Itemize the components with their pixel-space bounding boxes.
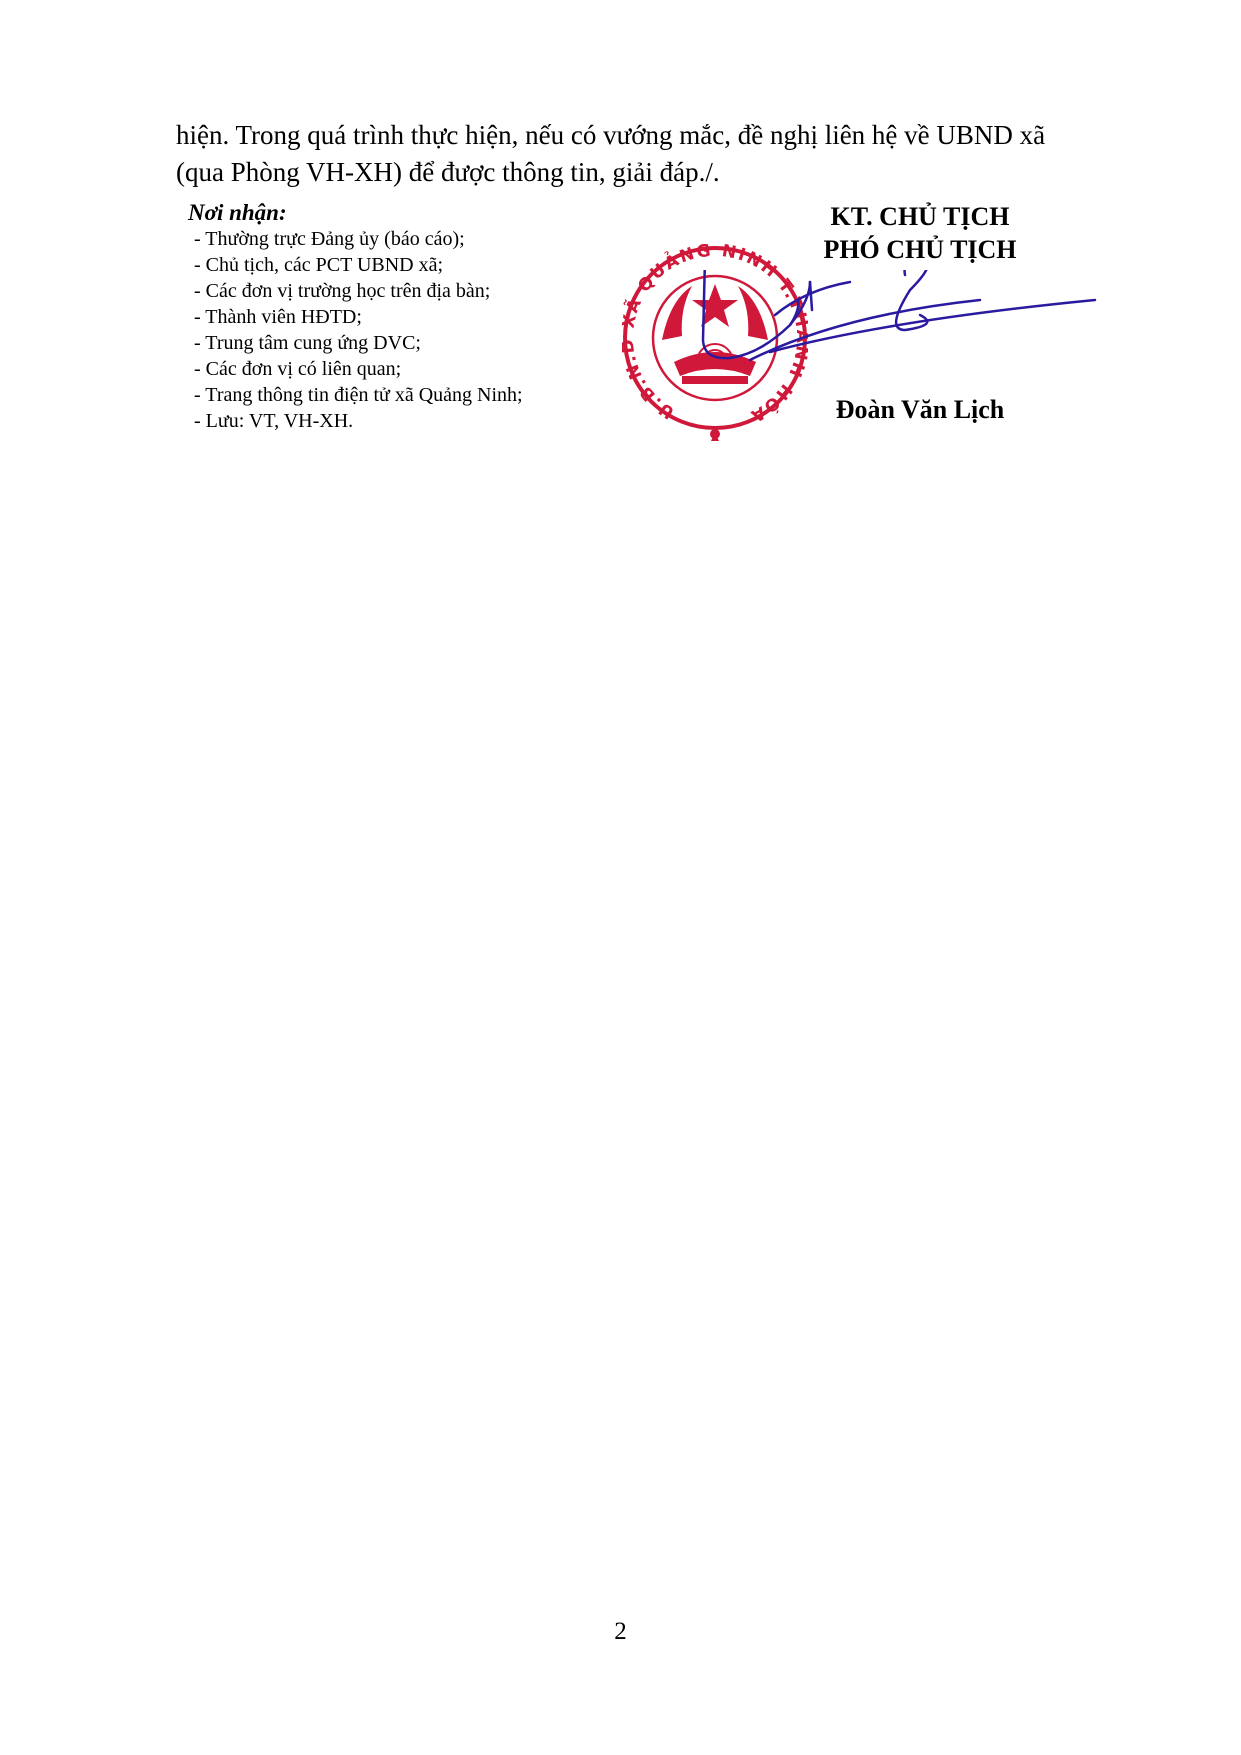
list-item: - Thành viên HĐTD; <box>194 304 523 330</box>
list-item: - Các đơn vị trường học trên địa bàn; <box>194 278 523 304</box>
signer-title-line-1: KT. CHỦ TỊCH <box>740 200 1100 233</box>
body-line-2: (qua Phòng VH-XH) để được thông tin, giả… <box>176 154 1126 191</box>
body-paragraph: hiện. Trong quá trình thực hiện, nếu có … <box>176 117 1126 191</box>
list-item: - Thường trực Đảng ủy (báo cáo); <box>194 226 523 252</box>
page-number: 2 <box>0 1618 1241 1646</box>
recipients-heading: Nơi nhận: <box>188 200 523 226</box>
signer-title-line-2: PHÓ CHỦ TỊCH <box>740 233 1100 266</box>
list-item: - Các đơn vị có liên quan; <box>194 356 523 382</box>
signer-name: Đoàn Văn Lịch <box>740 395 1100 425</box>
recipients-list: - Thường trực Đảng ủy (báo cáo); - Chủ t… <box>188 226 523 434</box>
list-item: - Trung tâm cung ứng DVC; <box>194 330 523 356</box>
list-item: - Chủ tịch, các PCT UBND xã; <box>194 252 523 278</box>
list-item: - Lưu: VT, VH-XH. <box>194 408 523 434</box>
list-item: - Trang thông tin điện tử xã Quảng Ninh; <box>194 382 523 408</box>
signature-block: KT. CHỦ TỊCH PHÓ CHỦ TỊCH Đoàn Văn Lịch <box>740 200 1100 266</box>
recipients-block: Nơi nhận: - Thường trực Đảng ủy (báo cáo… <box>188 200 523 434</box>
body-line-1: hiện. Trong quá trình thực hiện, nếu có … <box>176 117 1126 154</box>
document-page: hiện. Trong quá trình thực hiện, nếu có … <box>0 0 1241 1755</box>
